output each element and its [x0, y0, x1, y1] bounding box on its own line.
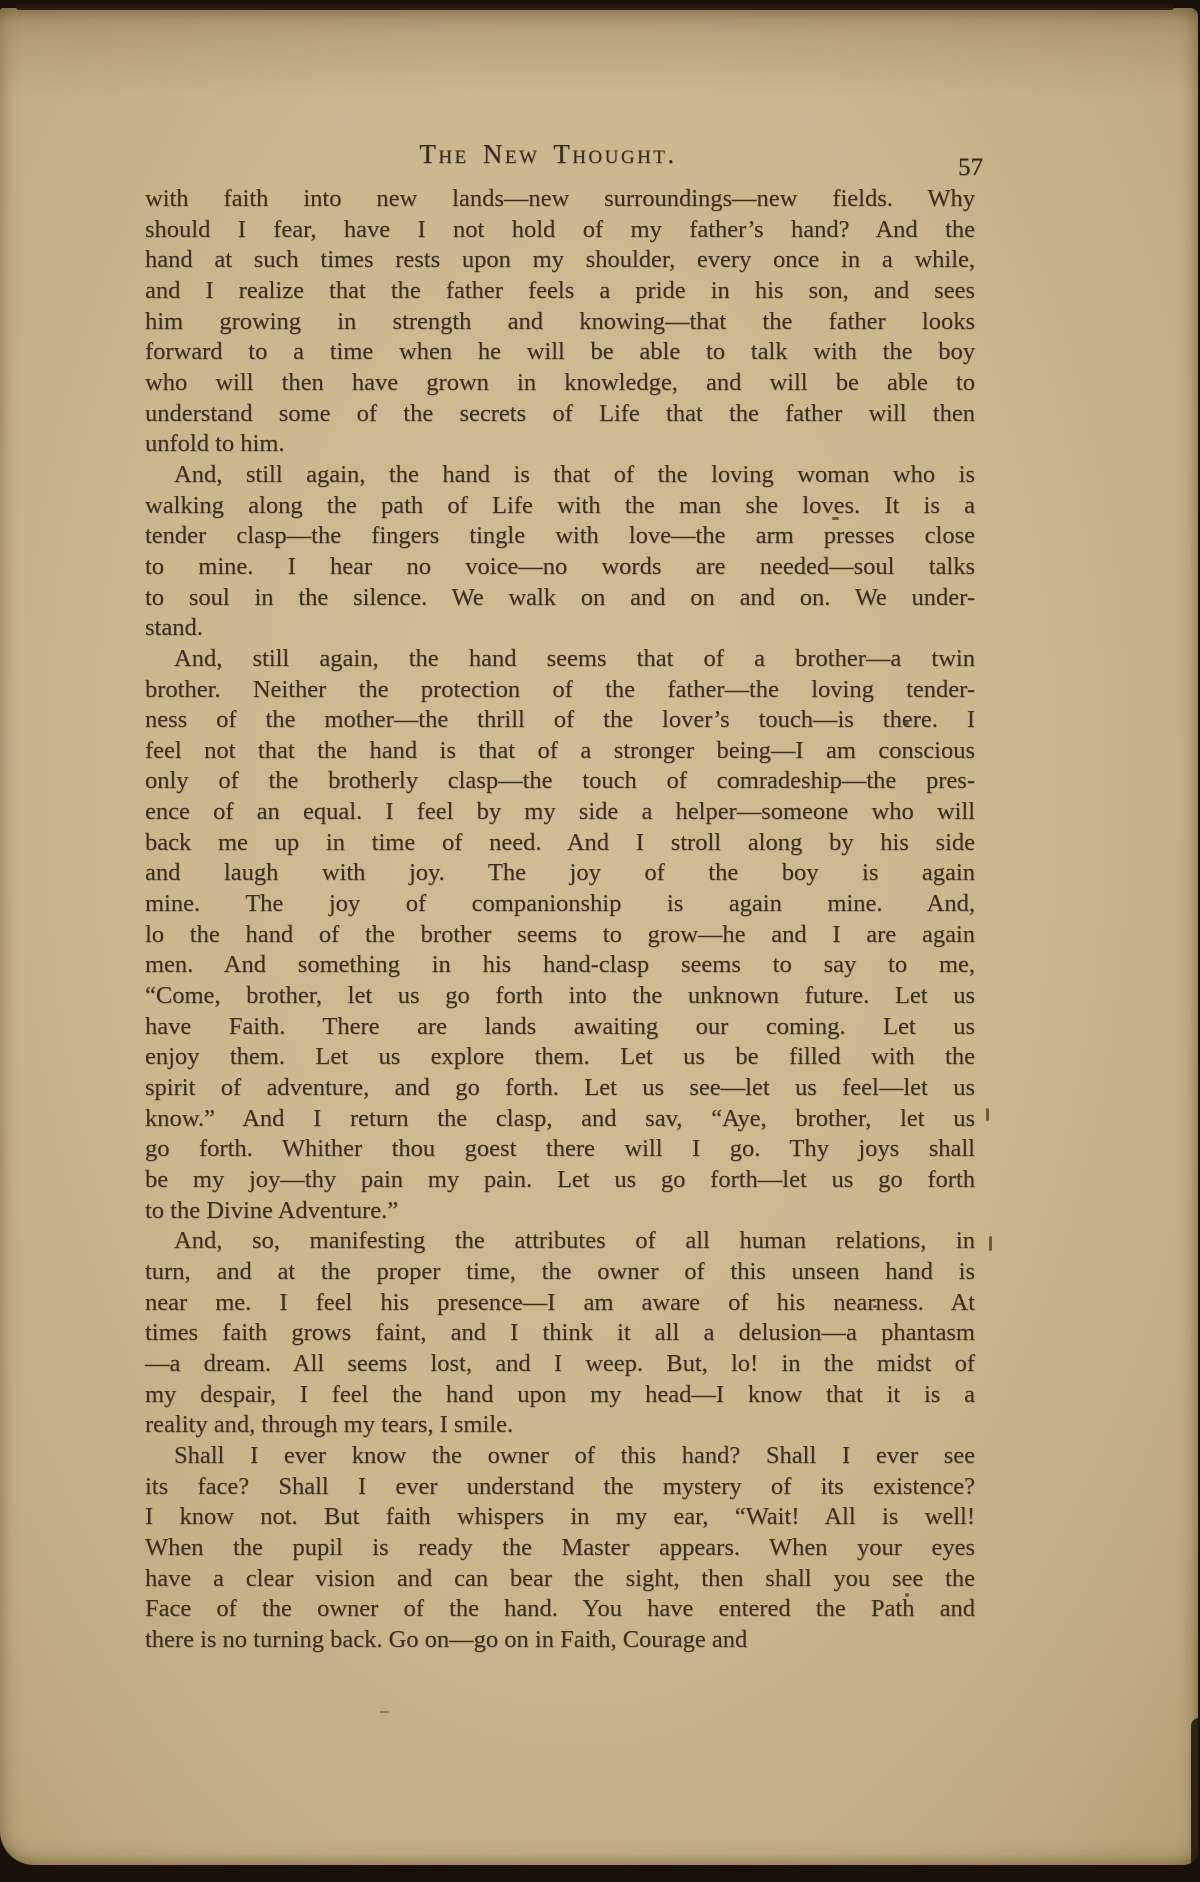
- text-line: there is no turning back. Go on—go on in…: [145, 1625, 975, 1656]
- text-line: know.” And I return the clasp, and sav, …: [145, 1104, 975, 1135]
- text-line: spirit of adventure, and go forth. Let u…: [145, 1073, 975, 1104]
- text-line: him growing in strength and knowing—that…: [145, 307, 975, 338]
- text-line: tender clasp—the fingers tingle with lov…: [145, 521, 975, 552]
- text-line: have Faith. There are lands awaiting our…: [145, 1012, 975, 1043]
- text-line: have a clear vision and can bear the sig…: [145, 1564, 975, 1595]
- text-line: men. And something in his hand-clasp see…: [145, 950, 975, 981]
- text-line: to the Divine Adventure.”: [145, 1196, 975, 1227]
- text-line: its face? Shall I ever understand the my…: [145, 1472, 975, 1503]
- text-line: walking along the path of Life with the …: [145, 491, 975, 522]
- text-line: reality and, through my tears, I smile.: [145, 1410, 975, 1441]
- text-line: —a dream. All seems lost, and I weep. Bu…: [145, 1349, 975, 1380]
- ink-speck: [905, 721, 909, 725]
- text-line: And, so, manifesting the attributes of a…: [145, 1226, 975, 1257]
- text-line: with faith into new lands—new surroundin…: [145, 184, 975, 215]
- text-line: brother. Neither the protection of the f…: [145, 675, 975, 706]
- book-top-edge: [16, 4, 1174, 10]
- text-line: turn, and at the proper time, the owner …: [145, 1257, 975, 1288]
- ink-speck: [989, 1236, 992, 1251]
- text-line: be my joy—thy pain my pain. Let us go fo…: [145, 1165, 975, 1196]
- text-line: should I fear, have I not hold of my fat…: [145, 215, 975, 246]
- text-line: feel not that the hand is that of a stro…: [145, 736, 975, 767]
- text-line: who will then have grown in knowledge, a…: [145, 368, 975, 399]
- text-line: ness of the mother—the thrill of the lov…: [145, 705, 975, 736]
- text-line: to soul in the silence. We walk on and o…: [145, 583, 975, 614]
- page-title: The New Thought.: [133, 139, 963, 170]
- text-line: And, still again, the hand seems that of…: [145, 644, 975, 675]
- text-line: hand at such times rests upon my shoulde…: [145, 245, 975, 276]
- text-line: and I realize that the father feels a pr…: [145, 276, 975, 307]
- text-line: mine. The joy of companionship is again …: [145, 889, 975, 920]
- book-page: The New Thought. 57 with faith into new …: [0, 8, 1198, 1865]
- text-line: “Come, brother, let us go forth into the…: [145, 981, 975, 1012]
- text-line: back me up in time of need. And I stroll…: [145, 828, 975, 859]
- ink-speck: [905, 1593, 909, 1597]
- text-line: enjoy them. Let us explore them. Let us …: [145, 1042, 975, 1073]
- text-line: forward to a time when he will be able t…: [145, 337, 975, 368]
- text-line: and laugh with joy. The joy of the boy i…: [145, 858, 975, 889]
- text-line: When the pupil is ready the Master appea…: [145, 1533, 975, 1564]
- page-header: The New Thought.: [145, 139, 975, 179]
- text-line: Face of the owner of the hand. You have …: [145, 1594, 975, 1625]
- text-line: I know not. But faith whispers in my ear…: [145, 1502, 975, 1533]
- text-line: And, still again, the hand is that of th…: [145, 460, 975, 491]
- text-line: to mine. I hear no voice—no words are ne…: [145, 552, 975, 583]
- text-line: go forth. Whither thou goest there will …: [145, 1134, 975, 1165]
- page-number: 57: [958, 154, 983, 182]
- text-line: ence of an equal. I feel by my side a he…: [145, 797, 975, 828]
- ink-speck: [380, 1711, 389, 1713]
- text-line: near me. I feel his presence—I am aware …: [145, 1288, 975, 1319]
- text-line: only of the brotherly clasp—the touch of…: [145, 766, 975, 797]
- text-block: with faith into new lands—new surroundin…: [145, 184, 975, 1656]
- text-line: times faith grows faint, and I think it …: [145, 1318, 975, 1349]
- ink-speck: [986, 1108, 989, 1121]
- text-line: unfold to him.: [145, 429, 975, 460]
- book-right-edge: [1191, 1718, 1200, 1868]
- text-line: lo the hand of the brother seems to grow…: [145, 920, 975, 951]
- ink-speck: [832, 517, 839, 520]
- text-line: Shall I ever know the owner of this hand…: [145, 1441, 975, 1472]
- text-line: stand.: [145, 613, 975, 644]
- text-line: my despair, I feel the hand upon my head…: [145, 1380, 975, 1411]
- ink-speck: [873, 1305, 877, 1308]
- text-line: understand some of the secrets of Life t…: [145, 399, 975, 430]
